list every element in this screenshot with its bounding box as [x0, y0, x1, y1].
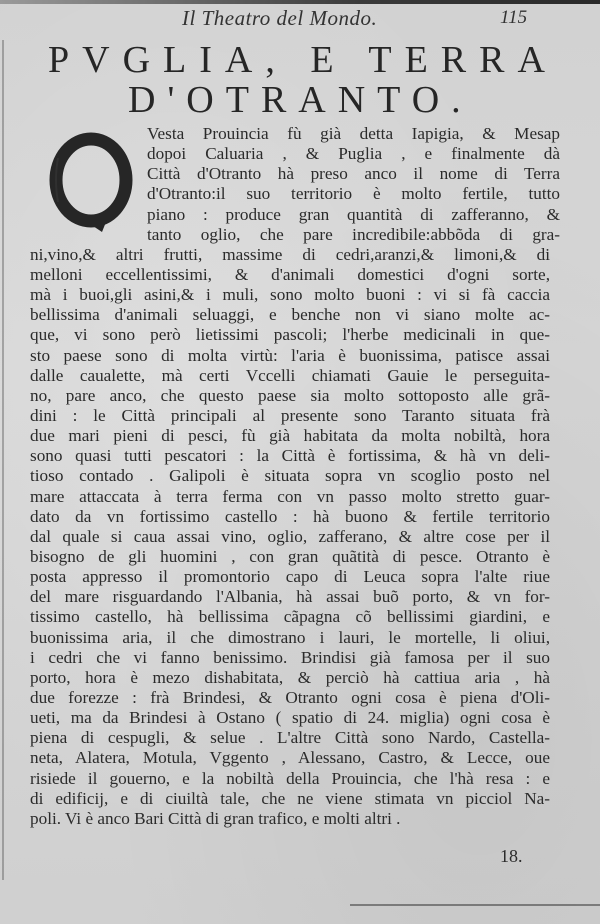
page-bottom-crease: [350, 904, 600, 906]
running-head: Il Theatro del Mondo. 115: [0, 4, 600, 34]
text-line: Città d'Otranto hà preso anco il nome di…: [30, 164, 560, 184]
text-line: tissimo castello, hà bellissima cãpagna …: [30, 607, 550, 627]
text-line: porto, hora è mezo dishabitata, & perciò…: [30, 668, 550, 688]
text-line: dato da vn fortissimo castello : hà buon…: [30, 507, 550, 527]
text-line: due forezze : frà Brindesi, & Otranto og…: [30, 688, 550, 708]
page-left-fold: [2, 40, 4, 880]
text-line: bisogno de gli huomini , con gran quãtit…: [30, 547, 550, 567]
signature-mark: 18.: [500, 846, 523, 867]
scanned-page: Il Theatro del Mondo. 115 PVGLIA, E TERR…: [0, 0, 600, 924]
page-number: 115: [500, 7, 527, 29]
text-line: sono quasi tutti pescatori : la Città è …: [30, 446, 550, 466]
text-line: dopoi Caluaria , & Puglia , e finalmente…: [30, 144, 560, 164]
text-line: bellissima d'animali seluaggi, e benche …: [30, 305, 550, 325]
running-title: Il Theatro del Mondo.: [182, 6, 377, 31]
text-line: posta appresso il promontorio capo di Le…: [30, 567, 550, 587]
text-line: piena di cespugli, & selue . L'altre Cit…: [30, 728, 550, 748]
text-line: mà i buoi,gli asini,& i muli, sono molto…: [30, 285, 550, 305]
text-line: Vesta Prouincia fù già detta Iapigia, & …: [30, 124, 560, 144]
text-line: i cedri che vi fanno benissimo. Brindisi…: [30, 648, 550, 668]
text-line: buonissima aria, il che dimostrano i lau…: [30, 628, 550, 648]
text-line: dal quale si caua assai vino, oglio, zaf…: [30, 527, 550, 547]
text-line: dini : le Città principali al presente s…: [30, 406, 550, 426]
text-line: piano : produce gran quantità di zaffera…: [30, 205, 560, 225]
text-line: dalle caualette, mà certi Vccelli chiama…: [30, 366, 550, 386]
text-line: due mari pieni di pesci, fù già habitata…: [30, 426, 550, 446]
text-line: sto paese sono di molta virtù: l'aria è …: [30, 346, 550, 366]
text-line: ueti, ma da Brindesi à Ostano ( spatio d…: [30, 708, 550, 728]
text-line: di edificij, e di ciuiltà tale, che ne v…: [30, 789, 550, 809]
text-line: mare attaccata à terra ferma con vn pass…: [30, 487, 550, 507]
text-line: tanto oglio, che pare incredibile:abbõda…: [30, 225, 560, 245]
chapter-title-line-1: PVGLIA, E TERRA: [48, 38, 568, 82]
text-line: risiede il gouerno, e la nobiltà della P…: [30, 769, 550, 789]
text-line: poli. Vi è anco Bari Città di gran trafi…: [30, 809, 550, 829]
text-line: ni,vino,& altri frutti, massime di cedri…: [30, 245, 550, 265]
text-line: melloni eccellentissimi, & d'animali dom…: [30, 265, 550, 285]
text-line: neta, Alatera, Motula, Vggento , Alessan…: [30, 748, 550, 768]
body-text: Vesta Prouincia fù già detta Iapigia, & …: [30, 124, 560, 829]
text-line: que, vi sono però lietissimi pascoli; l'…: [30, 325, 550, 345]
text-line: del mare risguardando l'Albania, hà assa…: [30, 587, 550, 607]
text-line: no, pare anco, che questo paese sia molt…: [30, 386, 550, 406]
text-line: d'Otranto:il suo territorio è molto fert…: [30, 184, 560, 204]
chapter-title-line-2: D'OTRANTO.: [128, 78, 528, 122]
text-line: tioso contado . Galipoli è situata sopra…: [30, 466, 550, 486]
